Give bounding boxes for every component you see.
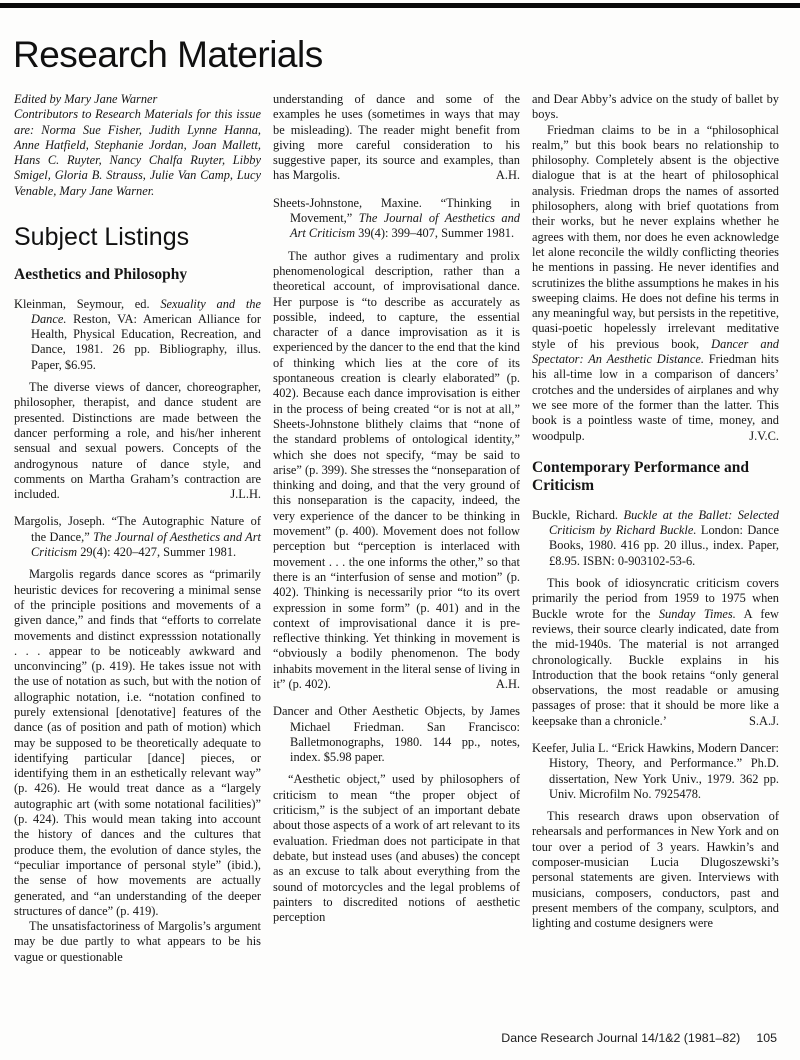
section-heading-block: Subject Listings bbox=[14, 223, 261, 251]
column-right: and Dear Abby’s advice on the study of b… bbox=[532, 92, 779, 932]
text-run: This research draws upon observation of … bbox=[532, 809, 779, 930]
column-left: Edited by Mary Jane WarnerContributors t… bbox=[14, 92, 261, 965]
citation-block: Sheets-Johnstone, Maxine. “Thinking in M… bbox=[273, 196, 520, 242]
editorial-block: Edited by Mary Jane WarnerContributors t… bbox=[14, 92, 261, 199]
paragraph-block: The diverse views of dancer, choreograph… bbox=[14, 380, 261, 502]
text-run: Dancer and Other Aesthetic Objects, by J… bbox=[273, 704, 520, 764]
paragraph-block: and Dear Abby’s advice on the study of b… bbox=[532, 92, 779, 123]
top-rule bbox=[0, 3, 800, 8]
paragraph-block: Margolis regards dance scores as “primar… bbox=[14, 567, 261, 919]
italic-run: Sunday Times. bbox=[659, 607, 736, 621]
journal-page: { "page": { "title": "Research Materials… bbox=[0, 0, 800, 1060]
paragraph-block: Friedman claims to be in a “philosophica… bbox=[532, 123, 779, 444]
text-run: The diverse views of dancer, choreograph… bbox=[14, 380, 261, 501]
page-number: 105 bbox=[756, 1031, 777, 1045]
text-run: A few reviews, their source clearly indi… bbox=[532, 607, 779, 728]
paragraph-block: The author gives a rudimentary and proli… bbox=[273, 249, 520, 693]
text-run: Subject Listings bbox=[14, 223, 189, 251]
citation-block: Kleinman, Seymour, ed. Sexuality and the… bbox=[14, 297, 261, 373]
citation-block: Dancer and Other Aesthetic Objects, by J… bbox=[273, 704, 520, 765]
text-run: 39(4): 399–407, Summer 1981. bbox=[355, 226, 514, 240]
paragraph-block: This book of idiosyncratic criticism cov… bbox=[532, 576, 779, 729]
citation-block: Margolis, Joseph. “The Autographic Natur… bbox=[14, 514, 261, 560]
text-run: Contemporary Performance and Criticism bbox=[532, 459, 749, 495]
journal-citation: Dance Research Journal 14/1&2 (1981–82) bbox=[501, 1031, 740, 1045]
text-run: 29(4): 420–427, Summer 1981. bbox=[77, 545, 236, 559]
attribution-initials: A.H. bbox=[481, 677, 520, 692]
column-middle: understanding of dance and some of the e… bbox=[273, 92, 520, 925]
paragraph-block: This research draws upon observation of … bbox=[532, 809, 779, 931]
text-run: The author gives a rudimentary and proli… bbox=[273, 249, 520, 691]
attribution-initials: A.H. bbox=[496, 168, 520, 183]
subheading-block: Contemporary Performance and Criticism bbox=[532, 459, 779, 496]
citation-block: Keefer, Julia L. “Erick Hawkins, Modern … bbox=[532, 741, 779, 802]
text-run: and Dear Abby’s advice on the study of b… bbox=[532, 92, 779, 121]
text-run: Reston, VA: American Alliance for Health… bbox=[31, 312, 261, 372]
text-run: Buckle, Richard. bbox=[532, 508, 624, 522]
article-columns: Edited by Mary Jane WarnerContributors t… bbox=[14, 92, 780, 965]
subheading-block: Aesthetics and Philosophy bbox=[14, 266, 261, 285]
text-run: Edited by Mary Jane Warner bbox=[14, 92, 157, 106]
paragraph-block: The unsatisfactoriness of Margolis’s arg… bbox=[14, 919, 261, 965]
text-run: Keefer, Julia L. “Erick Hawkins, Modern … bbox=[532, 741, 779, 801]
text-run: Aesthetics and Philosophy bbox=[14, 266, 187, 283]
attribution-initials: J.L.H. bbox=[215, 487, 261, 502]
text-run: Contributors to Research Materials for t… bbox=[14, 107, 261, 197]
paragraph-block: “Aesthetic object,” used by philosophers… bbox=[273, 772, 520, 925]
text-run: understanding of dance and some of the e… bbox=[273, 92, 520, 182]
text-run: Margolis regards dance scores as “primar… bbox=[14, 567, 261, 918]
text-run: “Aesthetic object,” used by philosophers… bbox=[273, 772, 520, 924]
text-run: Friedman claims to be in a “philosophica… bbox=[532, 123, 779, 351]
citation-block: Buckle, Richard. Buckle at the Ballet: S… bbox=[532, 508, 779, 569]
text-run: The unsatisfactoriness of Margolis’s arg… bbox=[14, 919, 261, 964]
page-title: Research Materials bbox=[13, 34, 323, 76]
attribution-initials: S.A.J. bbox=[734, 714, 779, 729]
text-run: Kleinman, Seymour, ed. bbox=[14, 297, 160, 311]
attribution-initials: J.V.C. bbox=[734, 429, 779, 444]
footer: Dance Research Journal 14/1&2 (1981–82) … bbox=[501, 1031, 777, 1045]
paragraph-block: understanding of dance and some of the e… bbox=[273, 92, 520, 184]
